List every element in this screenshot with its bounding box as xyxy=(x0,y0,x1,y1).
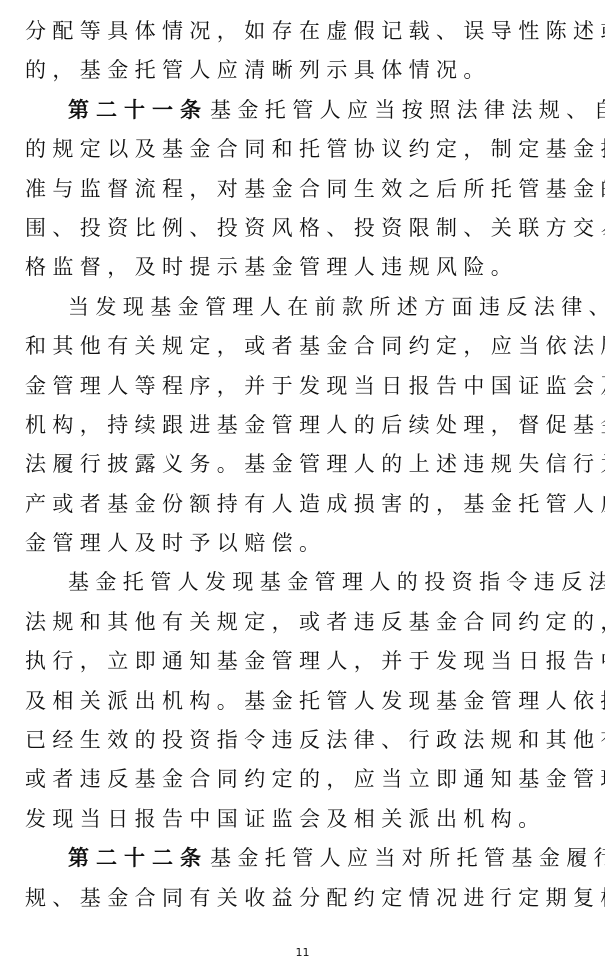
text-line: 围、投资比例、投资风格、投资限制、关联方交易等进行严 xyxy=(25,209,585,248)
text-line: 基金托管人应当对所托管基金履行法律法 xyxy=(210,846,605,870)
text-line: 及相关派出机构。基金托管人发现基金管理人依据交易程序 xyxy=(25,682,585,721)
page-number: 11 xyxy=(0,946,605,959)
document-body: 分配等具体情况，如存在虚假记载、误导性陈述或重大遗漏 的，基金托管人应清晰列示具… xyxy=(25,12,585,918)
text-line: 分配等具体情况，如存在虚假记载、误导性陈述或重大遗漏 xyxy=(25,12,585,51)
text-line: 金管理人及时予以赔偿。 xyxy=(25,524,585,563)
text-line: 法履行披露义务。基金管理人的上述违规失信行为给基金财 xyxy=(25,445,585,484)
text-line: 金管理人等程序，并于发现当日报告中国证监会及相关派出 xyxy=(25,367,585,406)
text-line: 发现当日报告中国证监会及相关派出机构。 xyxy=(25,800,585,839)
text-line: 的，基金托管人应清晰列示具体情况。 xyxy=(25,51,585,90)
text-line: 的规定以及基金合同和托管协议约定，制定基金投资监督标 xyxy=(25,130,585,169)
paragraph-start-line: 基金托管人发现基金管理人的投资指令违反法律、行政 xyxy=(25,563,585,602)
text-line: 已经生效的投资指令违反法律、行政法规和其他有关规定， xyxy=(25,721,585,760)
text-line: 格监督，及时提示基金管理人违规风险。 xyxy=(25,248,585,287)
document-page: 分配等具体情况，如存在虚假记载、误导性陈述或重大遗漏 的，基金托管人应清晰列示具… xyxy=(0,0,605,973)
text-line: 和其他有关规定，或者基金合同约定，应当依法履行通知基 xyxy=(25,327,585,366)
text-line: 法规和其他有关规定，或者违反基金合同约定的，应当拒绝 xyxy=(25,603,585,642)
article-21-heading-line: 第二十一条基金托管人应当按照法律法规、自律规则 xyxy=(25,91,585,130)
text-line: 机构，持续跟进基金管理人的后续处理，督促基金管理人依 xyxy=(25,406,585,445)
text-line: 规、基金合同有关收益分配约定情况进行定期复核，发现基 xyxy=(25,879,585,918)
text-line: 准与监督流程，对基金合同生效之后所托管基金的投资范 xyxy=(25,170,585,209)
article-number: 第二十一条 xyxy=(68,98,208,122)
paragraph-start-line: 当发现基金管理人在前款所述方面违反法律、行政法规 xyxy=(25,288,585,327)
article-number: 第二十二条 xyxy=(68,846,208,870)
text-line: 产或者基金份额持有人造成损害的，基金托管人应当督促基 xyxy=(25,485,585,524)
text-line: 执行，立即通知基金管理人，并于发现当日报告中国证监会 xyxy=(25,642,585,681)
text-line: 或者违反基金合同约定的，应当立即通知基金管理人，并于 xyxy=(25,760,585,799)
text-line: 基金托管人应当按照法律法规、自律规则 xyxy=(210,98,605,122)
article-22-heading-line: 第二十二条基金托管人应当对所托管基金履行法律法 xyxy=(25,839,585,878)
